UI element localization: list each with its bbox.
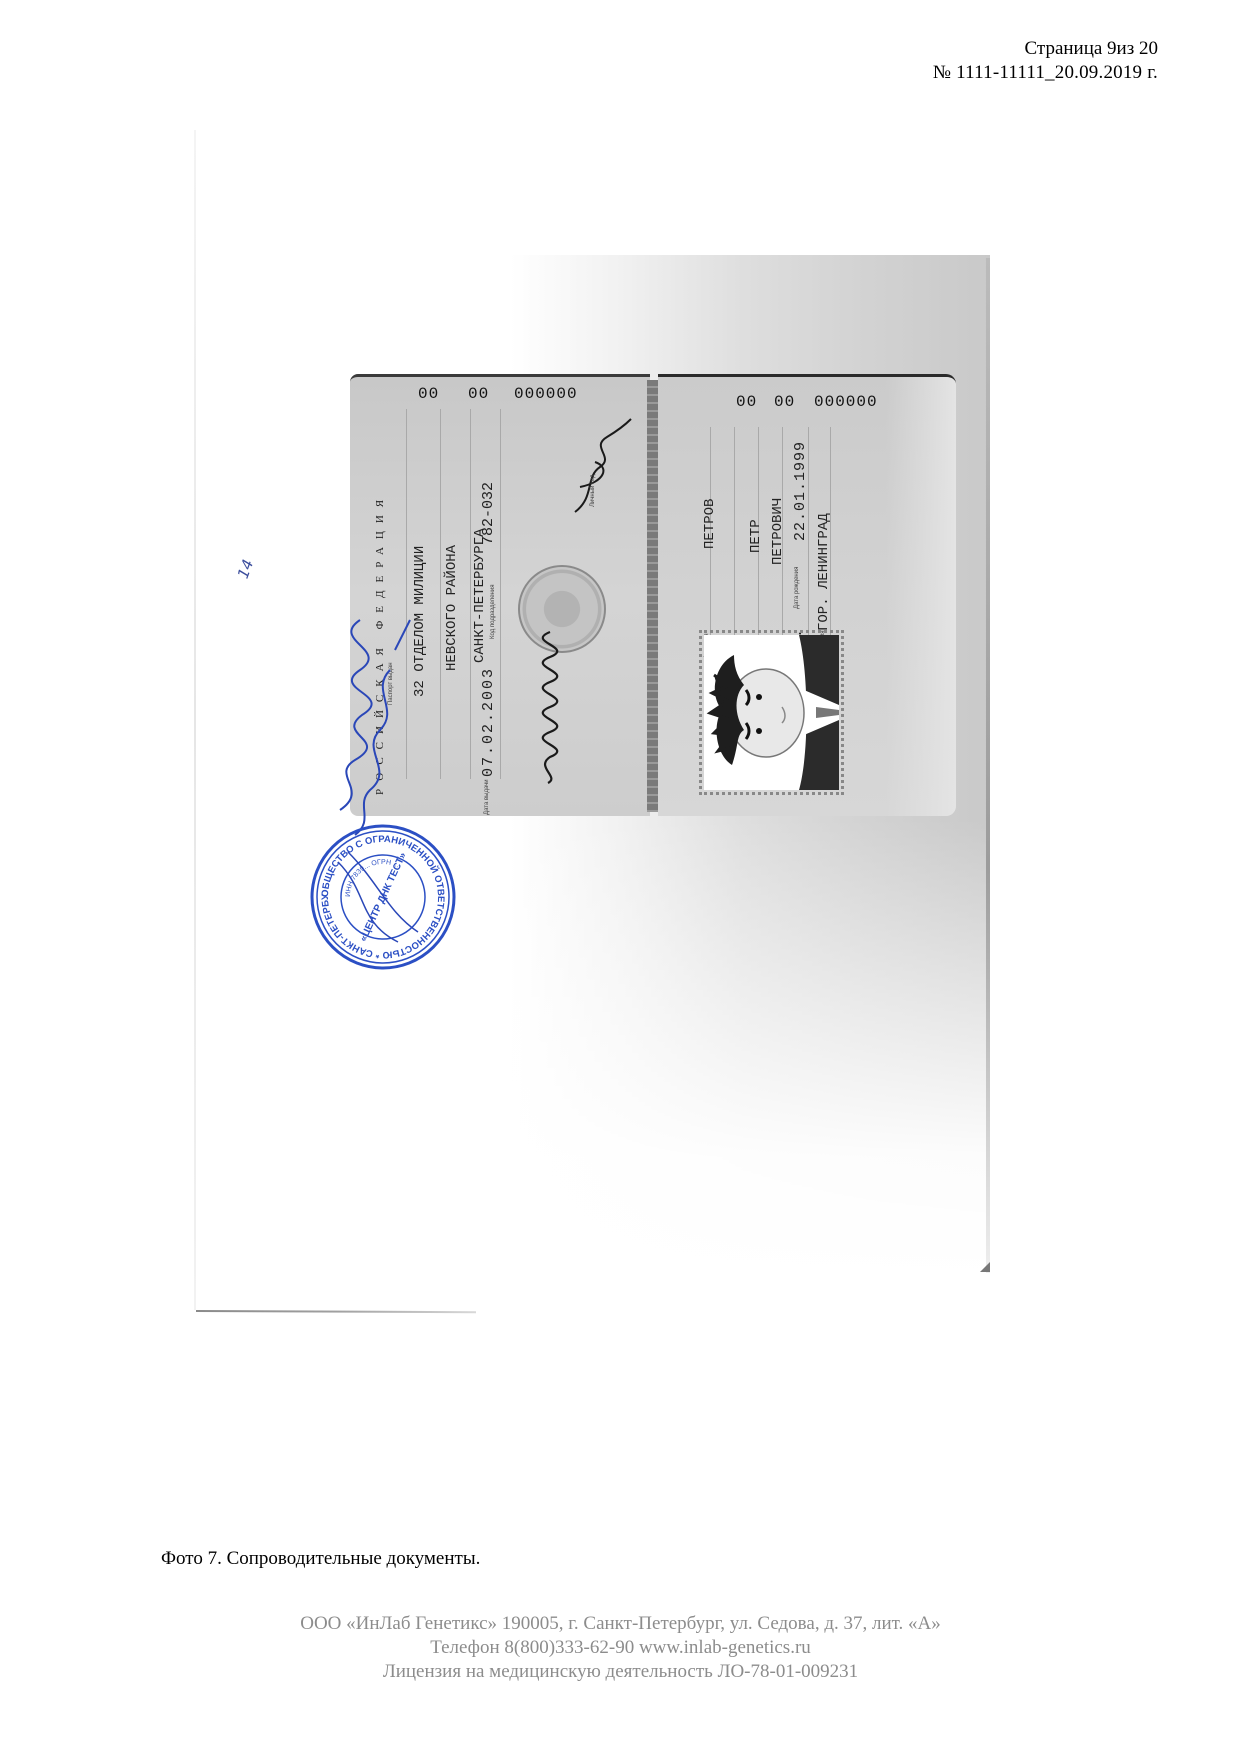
field-line [500, 409, 501, 779]
passport-number: 000000 [814, 393, 878, 411]
avatar-cartoon-icon [704, 635, 839, 790]
series-part: 00 [774, 393, 795, 411]
division-code: 782-032 [480, 482, 497, 545]
scan-edge [986, 258, 990, 1273]
issued-by-line-2: НЕВСКОГО РАЙОНА [444, 545, 460, 671]
passport-right-page: 00 00 000000 Фамилия ПЕТРОВ Имя ПЕТР Отч… [658, 374, 956, 816]
surname-value: ПЕТРОВ [702, 499, 718, 549]
company-stamp: ОБЩЕСТВО С ОГРАНИЧЕННОЙ ОТВЕТСТВЕННОСТЬЮ… [308, 822, 458, 972]
issue-date-label: Дата выдачи [484, 779, 490, 815]
birth-date-label: Дата рождения [794, 567, 800, 609]
svg-text:ОБЩЕСТВО С ОГРАНИЧЕННОЙ ОТВЕТС: ОБЩЕСТВО С ОГРАНИЧЕННОЙ ОТВЕТСТВЕННОСТЬЮ… [308, 822, 446, 960]
handwritten-signature [300, 610, 420, 840]
signature-label: Личный код [590, 475, 596, 507]
division-code-label: Код подразделения [490, 585, 496, 639]
birth-place-value: ГОР. ЛЕНИНГРАД [816, 513, 832, 631]
footer-contacts: Телефон 8(800)333-62-90 www.inlab-geneti… [0, 1637, 1241, 1659]
name-value: ПЕТР [748, 519, 764, 553]
passport-number: 000000 [514, 385, 578, 403]
series-part: 00 [418, 385, 439, 403]
document-number: № 1111-11111_20.09.2019 г. [933, 62, 1158, 84]
holder-signature [555, 417, 635, 527]
issued-by-line-3: САНКТ-ПЕТЕРБУРГА [472, 529, 488, 663]
series-part: 00 [468, 385, 489, 403]
scan-edge [194, 130, 196, 1310]
birth-date-value: 22.01.1999 [792, 441, 809, 541]
figure-caption: Фото 7. Сопроводительные документы. [161, 1548, 480, 1570]
footer-company-address: ООО «ИнЛаб Генетикс» 190005, г. Санкт-Пе… [0, 1613, 1241, 1635]
patronymic-value: ПЕТРОВИЧ [770, 498, 786, 565]
holder-photo [704, 635, 839, 790]
footer-license: Лицензия на медицинскую деятельность ЛО-… [0, 1661, 1241, 1683]
page-indicator: Страница 9из 20 [1024, 38, 1158, 60]
field-line [470, 409, 471, 779]
stamp-outer-text: ОБЩЕСТВО С ОГРАНИЧЕННОЙ ОТВЕТСТВЕННОСТЬЮ… [308, 822, 446, 960]
official-signature [520, 627, 590, 787]
page-glare [886, 377, 956, 816]
series-part: 00 [736, 393, 757, 411]
issue-date: 07.02.2003 [480, 667, 497, 777]
field-line [440, 409, 441, 779]
passport-spread: 00 00 000000 РОССИЙСКАЯ ФЕДЕРАЦИЯ Паспор… [350, 374, 956, 816]
